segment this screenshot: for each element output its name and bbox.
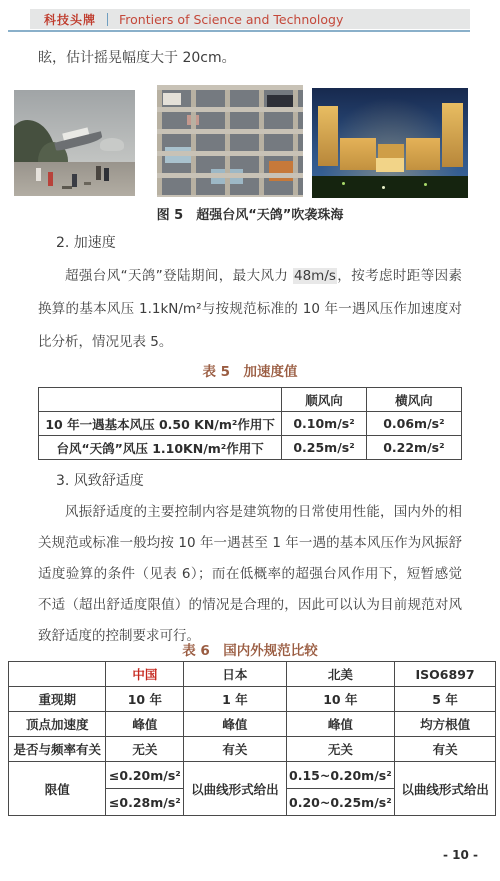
debris <box>84 182 91 185</box>
table5-title: 表 5 加速度值 <box>0 360 500 380</box>
person <box>48 172 53 186</box>
garden-light <box>342 182 345 185</box>
table6-header-north-america: 北美 <box>286 662 395 687</box>
table5-cell: 0.25m/s² <box>282 436 367 460</box>
table5-cell: 台风“天鸽”风压 1.10KN/m²作用下 <box>39 436 282 460</box>
table6-limit-label: 限值 <box>9 762 106 816</box>
table6-cell: 无关 <box>106 737 184 762</box>
table6-cell: 顶点加速度 <box>9 712 106 737</box>
masthead-divider <box>107 13 108 26</box>
table-row: 10 年一遇基本风压 0.50 KN/m²作用下 0.10m/s² 0.06m/… <box>39 412 462 436</box>
document-page: 科技头牌 Frontiers of Science and Technology… <box>0 0 500 881</box>
person <box>36 168 41 181</box>
section-heading-acceleration: 2. 加速度 <box>56 232 116 252</box>
table-row: 顺风向 横风向 <box>39 388 462 412</box>
section3-paragraph: 风振舒适度的主要控制内容是建筑物的日常使用性能，国内外的相关规范或标准一般均按 … <box>38 497 462 652</box>
table6-cell: 峰值 <box>106 712 184 737</box>
table5-header-crosswind: 横风向 <box>366 388 461 412</box>
table6-cell: 峰值 <box>286 712 395 737</box>
table6-limit-china-top: ≤0.20m/s² <box>106 762 184 789</box>
table6-header-empty <box>9 662 106 687</box>
table6-limit-japan: 以曲线形式给出 <box>184 762 286 816</box>
table-code-comparison: 中国 日本 北美 ISO6897 重现期 10 年 1 年 10 年 5 年 顶… <box>8 661 496 816</box>
table6-limit-iso: 以曲线形式给出 <box>395 762 496 816</box>
brand-logo-text: 科技头牌 <box>44 11 96 28</box>
table6-cell: 1 年 <box>184 687 286 712</box>
table5-cell: 0.10m/s² <box>282 412 367 436</box>
table-row: 中国 日本 北美 ISO6897 <box>9 662 496 687</box>
section-heading-comfort: 3. 风致舒适度 <box>56 470 144 490</box>
masthead: 科技头牌 Frontiers of Science and Technology <box>30 9 470 29</box>
hotel-block <box>406 138 440 170</box>
para2-text-before: 超强台风“天鸽”登陆期间，最大风力 <box>65 268 293 284</box>
person <box>96 166 101 180</box>
table6-cell: 重现期 <box>9 687 106 712</box>
photo-typhoon-street-scene <box>14 90 135 196</box>
hotel-entrance <box>376 158 404 172</box>
masthead-underline <box>8 30 470 32</box>
intro-text: 眩，估计摇晃幅度大于 20cm。 <box>38 47 236 67</box>
page-number: - 10 - <box>443 848 478 862</box>
para2-highlight-windspeed: 48m/s <box>293 268 337 284</box>
table6-cell: 峰值 <box>184 712 286 737</box>
section2-paragraph: 超强台风“天鸽”登陆期间，最大风力 48m/s，按考虑时距等因素换算的基本风压 … <box>38 260 462 359</box>
table-row: 重现期 10 年 1 年 10 年 5 年 <box>9 687 496 712</box>
person <box>72 174 77 187</box>
table5-cell: 10 年一遇基本风压 0.50 KN/m²作用下 <box>39 412 282 436</box>
table6-limit-na-bottom: 0.20~0.25m/s² <box>286 789 395 816</box>
dome-building <box>100 138 124 151</box>
table6-limit-na-top: 0.15~0.20m/s² <box>286 762 395 789</box>
person <box>104 168 109 181</box>
table6-header-japan: 日本 <box>184 662 286 687</box>
table5-header-empty <box>39 388 282 412</box>
foreground-trees <box>312 176 468 198</box>
table6-cell: 5 年 <box>395 687 496 712</box>
table-acceleration-values: 顺风向 横风向 10 年一遇基本风压 0.50 KN/m²作用下 0.10m/s… <box>38 387 462 460</box>
hotel-tower-right <box>442 103 463 167</box>
table6-header-iso6897: ISO6897 <box>395 662 496 687</box>
table-row: 限值 ≤0.20m/s² 以曲线形式给出 0.15~0.20m/s² 以曲线形式… <box>9 762 496 789</box>
table5-cell: 0.06m/s² <box>366 412 461 436</box>
table-row: 顶点加速度 峰值 峰值 峰值 均方根值 <box>9 712 496 737</box>
table6-cell: 无关 <box>286 737 395 762</box>
facade-grid <box>157 85 303 197</box>
table6-header-china: 中国 <box>106 662 184 687</box>
table6-cell: 有关 <box>395 737 496 762</box>
masthead-subtitle: Frontiers of Science and Technology <box>119 12 343 27</box>
garden-light <box>382 186 385 189</box>
table6-title: 表 6 国内外规范比较 <box>0 639 500 659</box>
table6-cell: 有关 <box>184 737 286 762</box>
table6-cell: 均方根值 <box>395 712 496 737</box>
photo-damaged-building-facade <box>157 85 303 197</box>
table-row: 是否与频率有关 无关 有关 无关 有关 <box>9 737 496 762</box>
figure-caption: 图 5 超强台风“天鸽”吹袭珠海 <box>0 204 500 223</box>
garden-light <box>424 183 427 186</box>
table6-cell: 10 年 <box>286 687 395 712</box>
hotel-tower-left <box>318 106 338 166</box>
table-row: 台风“天鸽”风压 1.10KN/m²作用下 0.25m/s² 0.22m/s² <box>39 436 462 460</box>
table5-header-alongwind: 顺风向 <box>282 388 367 412</box>
hotel-block <box>340 138 376 170</box>
table5-cell: 0.22m/s² <box>366 436 461 460</box>
debris <box>62 186 72 189</box>
table6-cell: 10 年 <box>106 687 184 712</box>
table6-cell: 是否与频率有关 <box>9 737 106 762</box>
photo-hotel-complex-night <box>312 88 468 198</box>
table6-limit-china-bottom: ≤0.28m/s² <box>106 789 184 816</box>
